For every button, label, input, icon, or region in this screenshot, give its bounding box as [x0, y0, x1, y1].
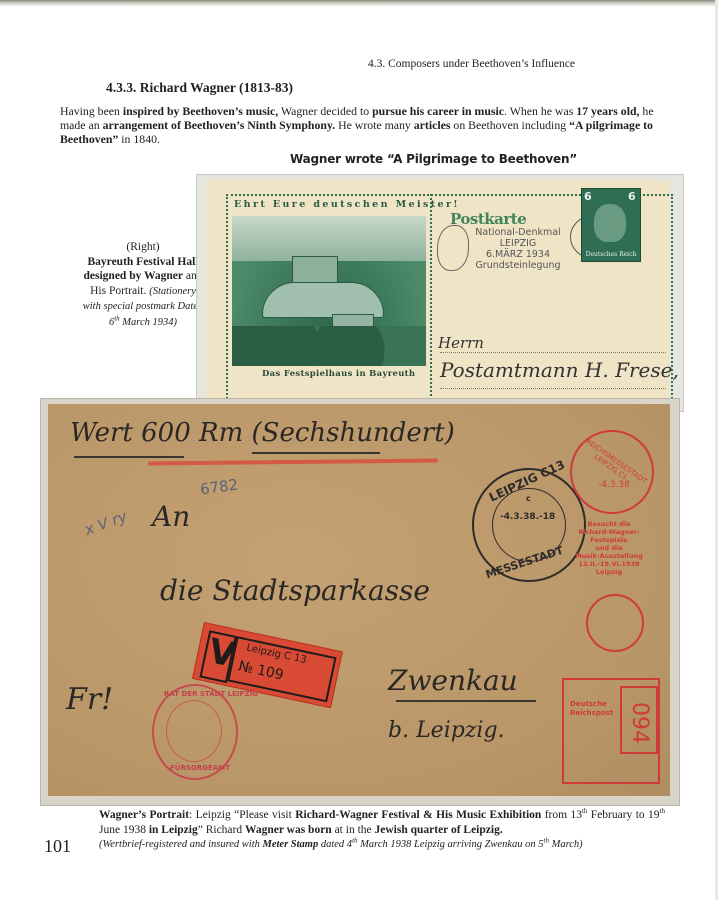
- postcard-divider: [430, 194, 432, 404]
- caption-text: ” Richard: [198, 824, 245, 836]
- caption-line: (Right): [126, 241, 159, 253]
- intro-text: . When he was: [504, 104, 576, 118]
- recipient-line-1: An: [152, 500, 190, 533]
- slogan-line: Musik-Ausstellung: [574, 552, 644, 560]
- postcard-title: Wagner wrote “A Pilgrimage to Beethoven”: [290, 152, 577, 166]
- caption-note: (Wertbrief-registered and insured with M…: [99, 839, 583, 850]
- meter-slogan: Besucht dieRichard-Wagner-Festspieleund …: [574, 520, 644, 576]
- intro-text: on Beethoven including: [450, 118, 569, 132]
- intro-bold: articles: [414, 118, 451, 132]
- intro-bold: arrangement of Beethoven’s Ninth Symphon…: [103, 118, 336, 132]
- seal-top-text: RAT DER STADT LEIPZIG: [164, 690, 258, 698]
- recipient-line-4: b. Leipzig.: [388, 718, 505, 743]
- wagner-portrait-icon: [594, 204, 626, 242]
- caption-bold: Richard-Wagner Festival & His Music Exhi…: [295, 809, 541, 821]
- value-underline: [74, 456, 184, 458]
- wagner-profile-cancel-icon: [437, 225, 469, 271]
- value-note: Wert 600 Rm (Sechshundert): [70, 418, 455, 448]
- slogan-line: Richard-Wagner-: [574, 528, 644, 536]
- note-text: (Wertbrief-registered and insured with: [99, 839, 263, 850]
- intro-text: He wrote many: [335, 118, 414, 132]
- picture-sky: [232, 216, 426, 261]
- intro-paragraph: Having been inspired by Beethoven’s musi…: [60, 104, 658, 146]
- meter-seal: [586, 594, 644, 652]
- intro-bold: pursue his career in music: [372, 104, 504, 118]
- caption-text: at in the: [332, 824, 375, 836]
- note-text: March): [549, 839, 583, 850]
- stamp-country: Deutsches Reich: [583, 251, 639, 258]
- postcard-side-caption: (Right) Bayreuth Festival Hall designed …: [80, 240, 206, 330]
- caption-bold: Bayreuth Festival Hall designed by Wagne…: [84, 256, 199, 283]
- cancel-line: 6.MÄRZ 1934: [468, 249, 568, 260]
- caption-bold: Wagner was born: [245, 824, 332, 836]
- eagle-crest-icon: [166, 700, 222, 762]
- slogan-line: und die: [574, 544, 644, 552]
- note-bold: Meter Stamp: [263, 839, 319, 850]
- cover-caption: Wagner’s Portrait: Leipzig “Please visit…: [99, 808, 665, 853]
- caption-text: June 1938: [99, 824, 149, 836]
- meter-date: -4.3.38: [598, 480, 630, 490]
- picture-trees: [232, 326, 426, 366]
- page-top-edge: [0, 0, 718, 6]
- stamp-value-left: 6: [584, 190, 592, 203]
- caption-bold: Jewish quarter of Leipzig.: [375, 824, 503, 836]
- intro-bold: inspired by Beethoven’s music,: [123, 104, 278, 118]
- caption-text: from 13: [541, 809, 582, 821]
- postmark-date: -4.3.38.-18: [500, 512, 555, 522]
- address-line-1: Herrn: [438, 334, 484, 352]
- address-dotted-line: [440, 388, 666, 389]
- meter-country: DeutscheReichspost: [570, 700, 613, 718]
- city-underline: [396, 700, 536, 702]
- hall-auditorium: [262, 282, 384, 318]
- postkarte-label: Postkarte: [450, 210, 526, 228]
- note-text: dated 4: [318, 839, 352, 850]
- meter-value: 094: [627, 702, 652, 744]
- section-title: 4.3. Composers under Beethoven’s Influen…: [368, 58, 575, 70]
- slogan-line: Leipzig: [574, 568, 644, 576]
- value-underline: [252, 452, 380, 454]
- intro-bold: 17 years old,: [576, 104, 639, 118]
- stamp-value-right: 6: [628, 190, 636, 203]
- postcard-motto: Ehrt Eure deutschen Meister!: [234, 199, 460, 210]
- caption-bold: Wagner’s Portrait: [99, 809, 189, 821]
- postmark-letter: c: [526, 494, 531, 503]
- caption-sup: th: [660, 807, 665, 815]
- label-number-prefix: №: [237, 658, 255, 677]
- meter-country-2: Reichspost: [570, 709, 613, 717]
- caption-text: February to 19: [587, 809, 659, 821]
- caption-text: : Leipzig “Please visit: [189, 809, 295, 821]
- cancel-line: LEIPZIG: [468, 238, 568, 249]
- recipient-line-2: die Stadtsparkasse: [160, 574, 430, 607]
- slogan-line: Festspiele: [574, 536, 644, 544]
- note-text: March 1938 Leipzig arriving Zwenkau on 5: [358, 839, 544, 850]
- intro-text: Having been: [60, 104, 123, 118]
- intro-text: in 1840.: [118, 132, 160, 146]
- caption-bold: in Leipzig: [149, 824, 198, 836]
- meter-country-1: Deutsche: [570, 700, 607, 708]
- intro-text: Wagner decided to: [278, 104, 372, 118]
- address-line-2: Postamtmann H. Frese,: [440, 358, 679, 382]
- page-heading: 4.3.3. Richard Wagner (1813-83): [106, 80, 293, 96]
- initial-mark: Fr!: [66, 682, 113, 717]
- page-number: 101: [44, 836, 71, 857]
- slogan-line: Besucht die: [574, 520, 644, 528]
- picture-label: Das Festspielhaus in Bayreuth: [262, 369, 415, 379]
- address-dotted-line: [440, 352, 666, 353]
- seal-bottom-text: FÜRSORGEAMT: [170, 764, 230, 772]
- festival-hall-picture: [232, 216, 426, 366]
- slogan-line: 13.II.-19.VI.1938: [574, 560, 644, 568]
- cancel-line: Grundsteinlegung: [468, 260, 568, 271]
- caption-italic-end: March 1934): [120, 317, 177, 328]
- recipient-line-3: Zwenkau: [388, 664, 518, 697]
- cancel-line: National-Denkmal: [468, 227, 568, 238]
